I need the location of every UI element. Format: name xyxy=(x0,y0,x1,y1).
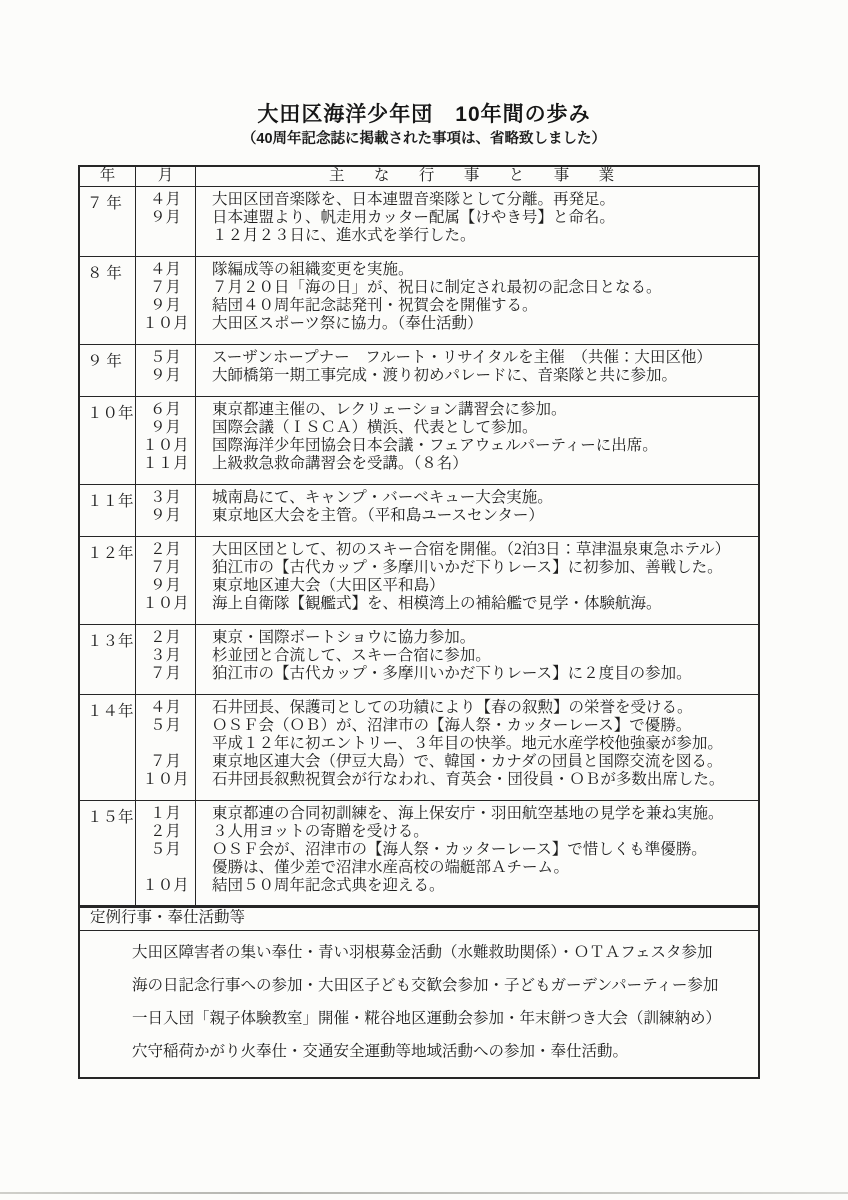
month-label: ３月 xyxy=(136,489,195,507)
events-cell: 城南島にて、キャンプ・バーベキュー大会実施。東京地区大会を主管。（平和島ユースセ… xyxy=(196,485,758,536)
event-text: 日本連盟より、帆走用カッター配属【けやき号】と命名。 xyxy=(212,209,758,227)
event-text: 城南島にて、キャンプ・バーベキュー大会実施。 xyxy=(212,489,758,507)
event-text: 東京地区大会を主管。（平和島ユースセンター） xyxy=(212,507,758,525)
column-header-events: 主な行事と事業 xyxy=(196,167,758,186)
month-cell: ２月７月９月１０月 xyxy=(136,537,196,624)
month-label: １０月 xyxy=(136,771,195,789)
event-text: 国際海洋少年団協会日本会議・フェアウェルパーティーに出席。 xyxy=(212,437,758,455)
month-label: ３月 xyxy=(136,647,195,665)
regular-event-line: 大田区障害者の集い奉仕・青い羽根募金活動（水難救助関係）・ＯＴＡフェスタ参加 xyxy=(132,944,740,962)
month-label: ４月 xyxy=(136,191,195,209)
event-text: 東京地区連大会（大田区平和島） xyxy=(212,577,758,595)
month-cell: ５月９月 xyxy=(136,345,196,396)
year-cell: １０年 xyxy=(80,397,136,484)
year-cell: １３年 xyxy=(80,625,136,694)
month-label: １月 xyxy=(136,805,195,823)
month-label: ２月 xyxy=(136,823,195,841)
event-text: 杉並団と合流して、スキー合宿に参加。 xyxy=(212,647,758,665)
month-cell: ６月９月１０月１１月 xyxy=(136,397,196,484)
scan-page-edge xyxy=(0,1192,848,1194)
month-label: ９月 xyxy=(136,507,195,525)
table-row: １０年 ６月９月１０月１１月 東京都連主催の、レクリェーション講習会に参加。国際… xyxy=(80,397,758,485)
month-cell: ３月９月 xyxy=(136,485,196,536)
month-label: ７月 xyxy=(136,279,195,297)
event-text: 石井団長叙勲祝賀会が行なわれ、育英会・団役員・ＯＢが多数出席した。 xyxy=(212,771,758,789)
event-text: 大師橋第一期工事完成・渡り初めパレードに、音楽隊と共に参加。 xyxy=(212,367,758,385)
month-label: ７月 xyxy=(136,753,195,771)
event-text: 大田区スポーツ祭に協力。（奉仕活動） xyxy=(212,315,758,333)
events-cell: 石井団長、保護司としての功績により【春の叙勲】の栄誉を受ける。ＯＳＦ会（ＯＢ）が… xyxy=(196,695,758,800)
month-label: １１月 xyxy=(136,455,195,473)
table-header-row: 年 月 主な行事と事業 xyxy=(80,167,758,187)
event-text: ＯＳＦ会が、沼津市の【海人祭・カッターレース】で惜しくも準優勝。 xyxy=(212,841,758,859)
month-label: ９月 xyxy=(136,577,195,595)
month-label: ９月 xyxy=(136,367,195,385)
table-row: ８ 年 ４月７月９月１０月 隊編成等の組織変更を実施。７月２０日「海の日」が、祝… xyxy=(80,257,758,345)
year-label: １１年 xyxy=(87,493,134,510)
column-header-month: 月 xyxy=(136,167,196,186)
month-label xyxy=(136,227,195,245)
event-text: 隊編成等の組織変更を実施。 xyxy=(212,261,758,279)
month-label: ９月 xyxy=(136,297,195,315)
events-cell: スーザンホープナー フルート・リサイタルを主催 （共催：大田区他）大師橋第一期工… xyxy=(196,345,758,396)
year-label: ８ 年 xyxy=(87,265,122,282)
regular-event-line: 穴守稲荷かがり火奉仕・交通安全運動等地域活動への参加・奉仕活動。 xyxy=(132,1043,740,1061)
event-text: 石井団長、保護司としての功績により【春の叙勲】の栄誉を受ける。 xyxy=(212,699,758,717)
events-cell: 東京都連主催の、レクリェーション講習会に参加。国際会議（ＩＳＣＡ）横浜、代表とし… xyxy=(196,397,758,484)
table-row: １４年 ４月５月７月１０月 石井団長、保護司としての功績により【春の叙勲】の栄誉… xyxy=(80,695,758,801)
month-label: １０月 xyxy=(136,595,195,613)
event-text: ３人用ヨットの寄贈を受ける。 xyxy=(212,823,758,841)
table-row: １１年 ３月９月 城南島にて、キャンプ・バーベキュー大会実施。東京地区大会を主管… xyxy=(80,485,758,537)
year-label: １４年 xyxy=(87,703,134,720)
year-label: １２年 xyxy=(87,545,134,562)
month-label: １０月 xyxy=(136,877,195,895)
table-row: ７ 年 ４月９月 大田区団音楽隊を、日本連盟音楽隊として分離。再発足。日本連盟よ… xyxy=(80,187,758,257)
month-label: ７月 xyxy=(136,665,195,683)
event-text: 大田区団音楽隊を、日本連盟音楽隊として分離。再発足。 xyxy=(212,191,758,209)
month-label: ５月 xyxy=(136,349,195,367)
event-text: 平成１２年に初エントリー、３年目の快挙。地元水産学校他強豪が参加。 xyxy=(212,735,758,753)
month-label: ４月 xyxy=(136,261,195,279)
regular-event-line: 海の日記念行事への参加・大田区子ども交歓会参加・子どもガーデンパーティー参加 xyxy=(132,977,740,995)
event-text: 東京・国際ボートショウに協力参加。 xyxy=(212,629,758,647)
month-label: ５月 xyxy=(136,841,195,859)
event-text: 東京都連の合同初訓練を、海上保安庁・羽田航空基地の見学を兼ね実施。 xyxy=(212,805,758,823)
year-cell: １１年 xyxy=(80,485,136,536)
table-row: １５年 １月２月５月１０月 東京都連の合同初訓練を、海上保安庁・羽田航空基地の見… xyxy=(80,801,758,906)
table-row: ９ 年 ５月９月 スーザンホープナー フルート・リサイタルを主催 （共催：大田区… xyxy=(80,345,758,397)
events-cell: 隊編成等の組織変更を実施。７月２０日「海の日」が、祝日に制定され最初の記念日とな… xyxy=(196,257,758,344)
page-subtitle: （40周年記念誌に掲載された事項は、省略致しました） xyxy=(0,127,848,148)
event-text: 大田区団として、初のスキー合宿を開催。（2泊3日：草津温泉東急ホテル） xyxy=(212,541,758,559)
events-cell: 東京都連の合同初訓練を、海上保安庁・羽田航空基地の見学を兼ね実施。３人用ヨットの… xyxy=(196,801,758,906)
events-cell: 大田区団音楽隊を、日本連盟音楽隊として分離。再発足。日本連盟より、帆走用カッター… xyxy=(196,187,758,256)
history-table: 年 月 主な行事と事業 ７ 年 ４月９月 大田区団音楽隊を、日本連盟音楽隊として… xyxy=(78,165,760,908)
event-text: スーザンホープナー フルート・リサイタルを主催 （共催：大田区他） xyxy=(212,349,758,367)
year-cell: １５年 xyxy=(80,801,136,906)
month-label: １０月 xyxy=(136,437,195,455)
regular-events-header: 定例行事・奉仕活動等 xyxy=(80,907,758,931)
month-label: ７月 xyxy=(136,559,195,577)
year-cell: ７ 年 xyxy=(80,187,136,256)
event-text: 狛江市の【古代カップ・多摩川いかだ下りレース】に２度目の参加。 xyxy=(212,665,758,683)
month-label: ９月 xyxy=(136,419,195,437)
month-label: ２月 xyxy=(136,541,195,559)
events-cell: 大田区団として、初のスキー合宿を開催。（2泊3日：草津温泉東急ホテル）狛江市の【… xyxy=(196,537,758,624)
table-row: １２年 ２月７月９月１０月 大田区団として、初のスキー合宿を開催。（2泊3日：草… xyxy=(80,537,758,625)
event-text: 東京地区連大会（伊豆大島）で、韓国・カナダの団員と国際交流を図る。 xyxy=(212,753,758,771)
month-label xyxy=(136,859,195,877)
month-label: ６月 xyxy=(136,401,195,419)
month-label: ４月 xyxy=(136,699,195,717)
event-text: 海上自衛隊【観艦式】を、相模湾上の補給艦で見学・体験航海。 xyxy=(212,595,758,613)
year-cell: ８ 年 xyxy=(80,257,136,344)
year-label: １３年 xyxy=(87,633,134,650)
month-label: ２月 xyxy=(136,629,195,647)
month-label: ５月 xyxy=(136,717,195,735)
regular-events-section: 定例行事・奉仕活動等 大田区障害者の集い奉仕・青い羽根募金活動（水難救助関係）・… xyxy=(78,905,760,1079)
month-cell: ４月７月９月１０月 xyxy=(136,257,196,344)
event-text: 上級救急救命講習会を受講。（８名） xyxy=(212,455,758,473)
month-cell: １月２月５月１０月 xyxy=(136,801,196,906)
month-cell: ２月３月７月 xyxy=(136,625,196,694)
regular-event-line: 一日入団「親子体験教室」開催・糀谷地区運動会参加・年末餅つき大会（訓練納め） xyxy=(132,1010,740,1028)
event-text: ＯＳＦ会（ＯＢ）が、沼津市の【海人祭・カッターレース】で優勝。 xyxy=(212,717,758,735)
year-label: ７ 年 xyxy=(87,195,122,212)
month-label xyxy=(136,735,195,753)
column-header-year: 年 xyxy=(80,167,136,186)
event-text: 狛江市の【古代カップ・多摩川いかだ下りレース】に初参加、善戦した。 xyxy=(212,559,758,577)
year-cell: ９ 年 xyxy=(80,345,136,396)
month-label: ９月 xyxy=(136,209,195,227)
event-text: 結団５０周年記念式典を迎える。 xyxy=(212,877,758,895)
event-text: 東京都連主催の、レクリェーション講習会に参加。 xyxy=(212,401,758,419)
event-text: 結団４０周年記念誌発刊・祝賀会を開催する。 xyxy=(212,297,758,315)
table-body: ７ 年 ４月９月 大田区団音楽隊を、日本連盟音楽隊として分離。再発足。日本連盟よ… xyxy=(80,187,758,906)
year-label: ９ 年 xyxy=(87,353,122,370)
month-cell: ４月９月 xyxy=(136,187,196,256)
month-label: １０月 xyxy=(136,315,195,333)
year-label: １０年 xyxy=(87,405,134,422)
month-cell: ４月５月７月１０月 xyxy=(136,695,196,800)
page-title: 大田区海洋少年団 10年間の歩み xyxy=(0,98,848,128)
year-cell: １２年 xyxy=(80,537,136,624)
event-text: １２月２３日に、進水式を挙行した。 xyxy=(212,227,758,245)
event-text: 優勝は、僅少差で沼津水産高校の端艇部Ａチーム。 xyxy=(212,859,758,877)
events-cell: 東京・国際ボートショウに協力参加。杉並団と合流して、スキー合宿に参加。狛江市の【… xyxy=(196,625,758,694)
scanned-document-page: 大田区海洋少年団 10年間の歩み （40周年記念誌に掲載された事項は、省略致しま… xyxy=(0,0,848,1200)
year-cell: １４年 xyxy=(80,695,136,800)
table-row: １３年 ２月３月７月 東京・国際ボートショウに協力参加。杉並団と合流して、スキー… xyxy=(80,625,758,695)
event-text: 国際会議（ＩＳＣＡ）横浜、代表として参加。 xyxy=(212,419,758,437)
year-label: １５年 xyxy=(87,809,134,826)
event-text: ７月２０日「海の日」が、祝日に制定され最初の記念日となる。 xyxy=(212,279,758,297)
regular-events-body: 大田区障害者の集い奉仕・青い羽根募金活動（水難救助関係）・ＯＴＡフェスタ参加海の… xyxy=(80,931,758,1061)
